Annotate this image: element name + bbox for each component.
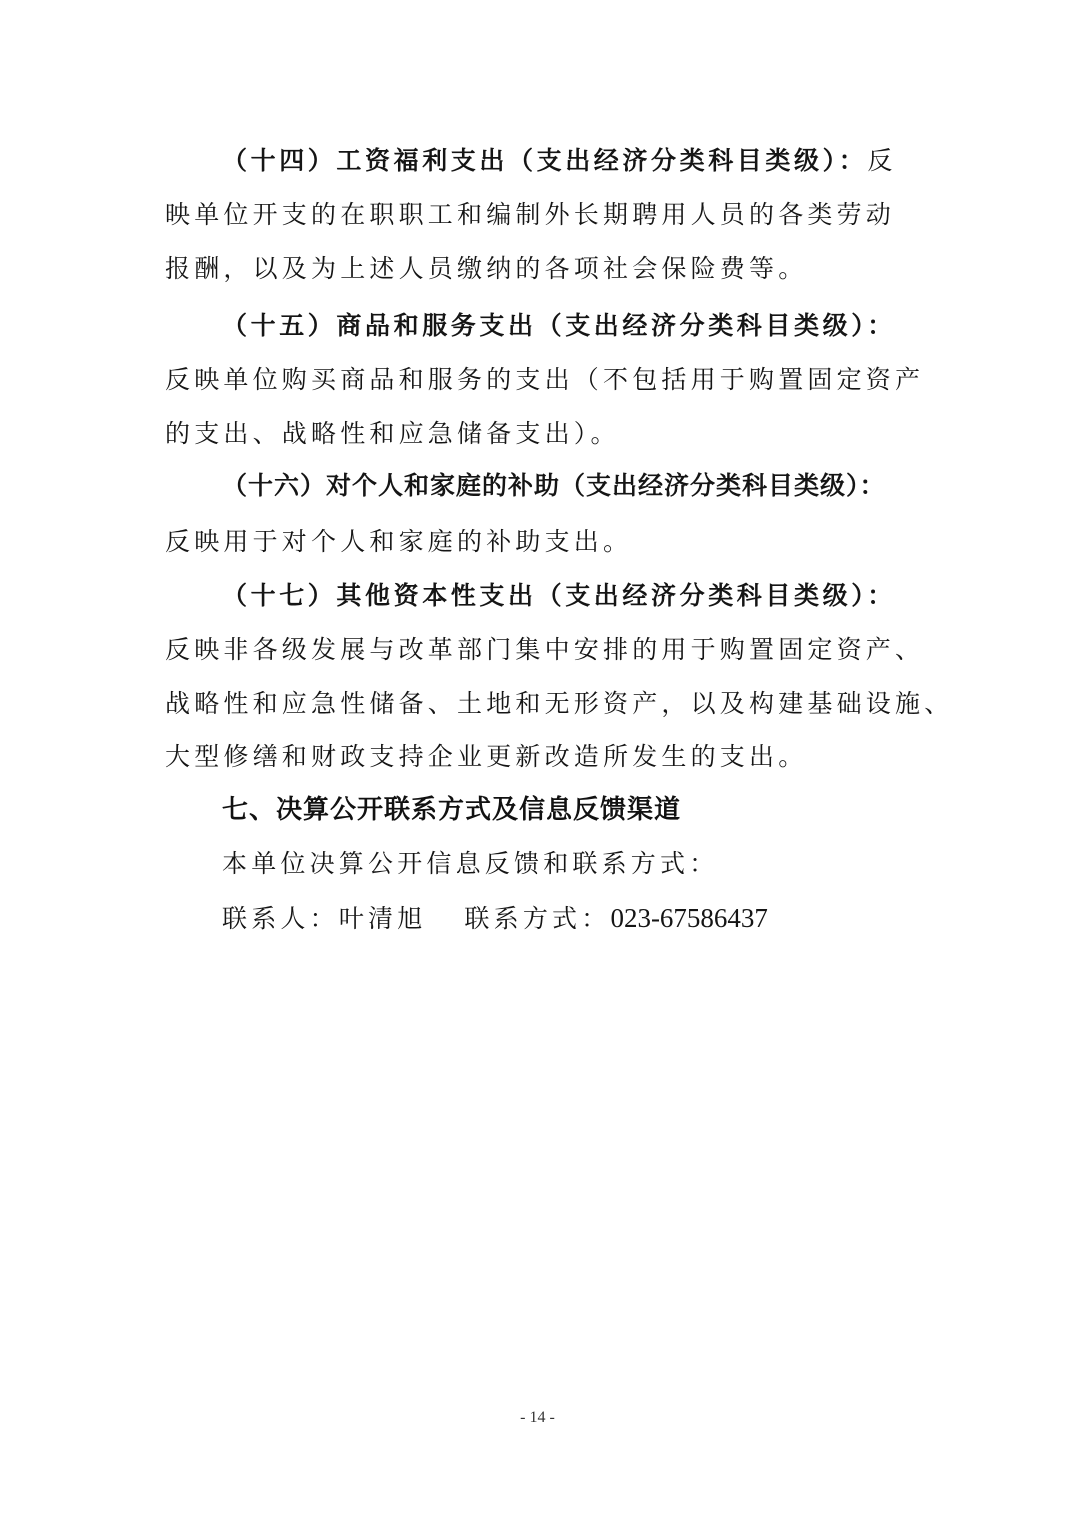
section-17-line-1: 反映非各级发展与改革部门集中安排的用于购置固定资产、 xyxy=(165,632,925,668)
contact-intro: 本单位决算公开信息反馈和联系方式： xyxy=(222,846,982,882)
contact-section-heading: 七、决算公开联系方式及信息反馈渠道 xyxy=(222,792,681,828)
section-17-title: （十七）其他资本性支出（支出经济分类科目类级）： xyxy=(222,578,982,614)
contact-line: 联系人：叶清旭联系方式：023-67586437 xyxy=(222,900,982,937)
contact-phone: 023-67586437 xyxy=(610,903,768,933)
section-17-line-2: 战略性和应急性储备、土地和无形资产，以及构建基础设施、 xyxy=(165,686,925,722)
contact-person-label: 联系人： xyxy=(222,904,339,933)
section-16-title: （十六）对个人和家庭的补助（支出经济分类科目类级）： xyxy=(222,468,982,504)
section-15-line-1: 反映单位购买商品和服务的支出（不包括用于购置固定资产 xyxy=(165,362,925,398)
section-14-title: （十四）工资福利支出（支出经济分类科目类级）： xyxy=(222,146,867,175)
section-15-title: （十五）商品和服务支出（支出经济分类科目类级）： xyxy=(222,308,982,344)
section-14-line-3: 报酬，以及为上述人员缴纳的各项社会保险费等。 xyxy=(165,251,925,287)
page-number: - 14 - xyxy=(0,1409,1075,1427)
section-15-line-2: 的支出、战略性和应急储备支出）。 xyxy=(165,416,925,452)
contact-method-label: 联系方式： xyxy=(464,904,610,933)
section-14-line-2: 映单位开支的在职职工和编制外长期聘用人员的各类劳动 xyxy=(165,197,925,233)
section-16-line-1: 反映用于对个人和家庭的补助支出。 xyxy=(165,524,925,560)
document-page: （十四）工资福利支出（支出经济分类科目类级）：反 映单位开支的在职职工和编制外长… xyxy=(0,0,1075,1520)
section-17-line-3: 大型修缮和财政支持企业更新改造所发生的支出。 xyxy=(165,739,925,775)
section-14-text-start: 反 xyxy=(867,146,896,175)
section-14-title-line: （十四）工资福利支出（支出经济分类科目类级）：反 xyxy=(222,143,982,179)
contact-person-name: 叶清旭 xyxy=(339,904,427,933)
